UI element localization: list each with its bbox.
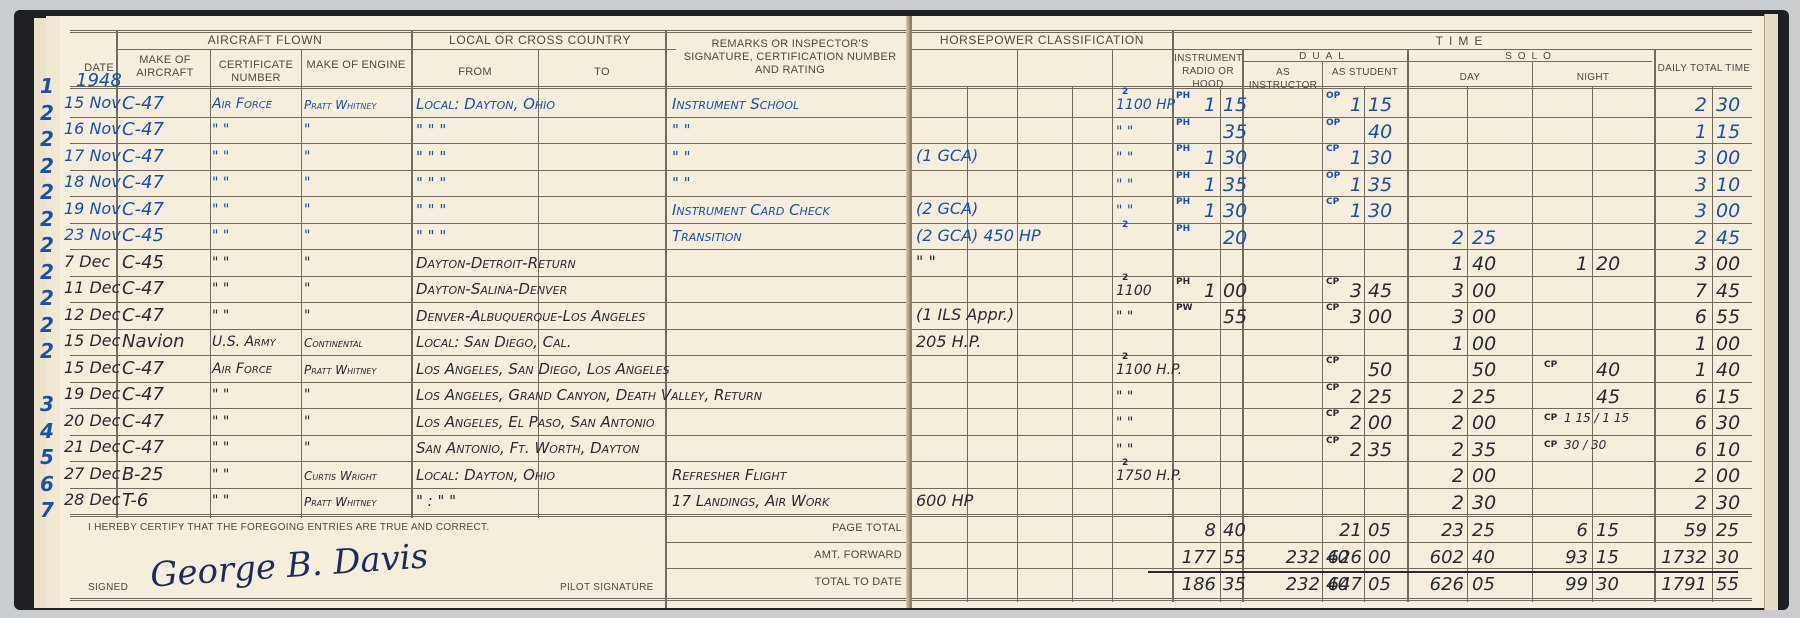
instrument-total-hours: 177: [1174, 549, 1216, 567]
table-row: 21100 HPPH115OP115230: [912, 90, 1764, 117]
total-total-hours: 1732: [1657, 549, 1707, 567]
margin-number: 2: [40, 127, 54, 151]
student-total-minutes: 00: [1368, 549, 1391, 567]
route-cell: Dayton-Salina-Denver: [416, 282, 567, 297]
table-row: " "CP200200CP1 15 / 1 15630: [912, 408, 1764, 435]
student-hours: 1: [1324, 96, 1362, 115]
instrument-total-minutes: 55: [1223, 549, 1246, 567]
margin-number: 5: [40, 445, 54, 469]
subheader-rule: [116, 49, 676, 50]
hp-cell: " ": [1116, 204, 1133, 218]
night-total-minutes: 15: [1596, 549, 1619, 567]
hp-note-cell: 600 HP: [916, 493, 973, 509]
table-row: 19 NovC-47" """ " "Instrument Card Check: [60, 201, 910, 228]
hp-cell: " ": [1116, 151, 1133, 165]
daily-total-minutes: 00: [1716, 202, 1740, 221]
engine-cell: Continental: [304, 337, 363, 349]
hp-cell: 1100 HP: [1116, 98, 1175, 112]
hp-cell: 1750 H.P.: [1116, 469, 1182, 483]
certificate-cell: " ": [212, 494, 229, 508]
header-bottom-rule: [70, 86, 908, 89]
engine-cell: Pratt Whitney: [304, 496, 376, 508]
daily-total-minutes: 00: [1716, 149, 1740, 168]
engine-count: 2: [1122, 353, 1128, 362]
hp-note-cell: (2 GCA): [916, 201, 978, 217]
student-minutes: 00: [1368, 414, 1392, 433]
page-total-label: PAGE TOTAL: [832, 522, 902, 534]
date-cell: 7 Dec: [64, 254, 110, 270]
student-total-minutes: 05: [1368, 576, 1391, 594]
totals-row-page-total: 840210523256155925: [912, 520, 1764, 546]
certificate-cell: " ": [212, 229, 229, 243]
instrument-tag: PW: [1176, 304, 1193, 313]
aircraft-cell: B-25: [122, 466, 163, 484]
certify-statement: I HEREBY CERTIFY THAT THE FOREGOING ENTR…: [88, 522, 489, 533]
day-total-minutes: 05: [1472, 576, 1495, 594]
date-cell: 19 Nov: [64, 201, 121, 217]
header-from: FROM: [415, 66, 535, 79]
engine-cell: Pratt Whitney: [304, 364, 376, 376]
solo-night-hours: 1: [1534, 255, 1588, 274]
instrument-hours: 1: [1174, 176, 1216, 195]
table-row: " "PH35OP40115: [912, 117, 1764, 144]
certificate-cell: " ": [212, 176, 229, 190]
route-cell: " " ": [416, 150, 446, 165]
aircraft-cell: C-47: [122, 121, 164, 139]
certificate-cell: Air Force: [212, 97, 272, 111]
margin-number: 2: [40, 154, 54, 178]
daily-total-minutes: 00: [1716, 467, 1740, 486]
table-row: " "PH135OP135310: [912, 170, 1764, 197]
engine-cell: ": [304, 309, 310, 323]
header-instrument: INSTRUMENT RADIO OR HOOD: [1174, 52, 1242, 91]
date-cell: 23 Nov: [64, 227, 121, 243]
daily-total-hours: 6: [1657, 308, 1707, 327]
engine-count: 2: [1122, 459, 1128, 468]
instrument-total-minutes: 40: [1223, 522, 1246, 540]
engine-cell: Curtis Wright: [304, 470, 377, 482]
instrument-minutes: 55: [1223, 308, 1247, 327]
engine-cell: ": [304, 150, 310, 164]
engine-cell: ": [304, 256, 310, 270]
student-hours: 1: [1324, 149, 1362, 168]
engine-cell: ": [304, 176, 310, 190]
aircraft-cell: C-47: [122, 174, 164, 192]
date-cell: 15 Dec: [64, 360, 120, 376]
table-row: 21100PH100CP345300745: [912, 276, 1764, 303]
remarks-cell: Refresher Flight: [672, 468, 786, 483]
certificate-cell: Air Force: [212, 362, 272, 376]
date-cell: 15 Nov: [64, 95, 121, 111]
instrument-minutes: 00: [1223, 282, 1247, 301]
header-daily-total: DAILY TOTAL TIME: [1656, 62, 1752, 75]
daily-total-minutes: 15: [1716, 388, 1740, 407]
remarks-cell: Transition: [672, 229, 742, 244]
daily-total-hours: 3: [1657, 149, 1707, 168]
instrument-hours: 1: [1174, 282, 1216, 301]
day-total-hours: 626: [1410, 576, 1464, 594]
total-total-minutes: 25: [1716, 522, 1739, 540]
route-cell: Los Angeles, Grand Canyon, Death Valley,…: [416, 388, 762, 403]
solo-day-hours: 3: [1410, 282, 1464, 301]
engine-cell: ": [304, 388, 310, 402]
certificate-cell: " ": [212, 123, 229, 137]
hp-cell: " ": [1116, 390, 1133, 404]
solo-day-minutes: 00: [1472, 335, 1496, 354]
margin-number: 2: [40, 286, 54, 310]
engine-cell: Pratt Whitney: [304, 99, 376, 111]
daily-total-minutes: 40: [1716, 361, 1740, 380]
day-total-minutes: 40: [1472, 549, 1495, 567]
route-cell: Local: San Diego, Cal.: [416, 335, 572, 350]
solo-day-hours: 2: [1410, 388, 1464, 407]
instrument-hours: 1: [1174, 202, 1216, 221]
route-cell: San Antonio, Ft. Worth, Dayton: [416, 441, 640, 456]
margin-number: 7: [40, 498, 54, 522]
certificate-cell: " ": [212, 256, 229, 270]
aircraft-cell: C-47: [122, 439, 164, 457]
table-row: 21750 H.P.200200: [912, 461, 1764, 488]
pilot-signature: George B. Davis: [149, 536, 429, 595]
header-bottom-rule: [912, 86, 1752, 89]
solo-day-hours: 3: [1410, 308, 1464, 327]
daily-total-hours: 3: [1657, 176, 1707, 195]
header-as-student: AS STUDENT: [1324, 66, 1406, 79]
hp-cell: " ": [1116, 178, 1133, 192]
date-cell: 27 Dec: [64, 466, 120, 482]
instrument-minutes: 35: [1223, 176, 1247, 195]
remarks-cell: " ": [672, 123, 691, 138]
footer-rule: [666, 568, 908, 569]
student-total-minutes: 05: [1368, 522, 1391, 540]
aircraft-cell: C-45: [122, 254, 164, 272]
aircraft-cell: C-47: [122, 201, 164, 219]
night-total-minutes: 15: [1596, 522, 1619, 540]
aircraft-cell: C-45: [122, 227, 164, 245]
route-cell: " " ": [416, 123, 446, 138]
solo-day-minutes: 25: [1472, 229, 1496, 248]
student-hours: 1: [1324, 176, 1362, 195]
table-row: 11 DecC-47" ""Dayton-Salina-Denver: [60, 280, 910, 307]
certificate-cell: " ": [212, 441, 229, 455]
date-cell: 28 Dec: [64, 492, 120, 508]
header-horsepower: HORSEPOWER CLASSIFICATION: [912, 34, 1172, 47]
student-hours: 3: [1324, 308, 1362, 327]
date-cell: 17 Nov: [64, 148, 121, 164]
solo-day-minutes: 30: [1472, 494, 1496, 513]
route-cell: Dayton-Detroit-Return: [416, 256, 576, 271]
footer-bottom-rule: [70, 598, 908, 601]
table-row: 15 NovC-47Air ForcePratt WhitneyLocal: D…: [60, 95, 910, 122]
table-row: 21 DecC-47" ""San Antonio, Ft. Worth, Da…: [60, 439, 910, 466]
solo-day-minutes: 35: [1472, 441, 1496, 460]
date-cell: 16 Nov: [64, 121, 121, 137]
route-cell: " " ": [416, 229, 446, 244]
student-hours: 1: [1324, 202, 1362, 221]
margin-number: 2: [40, 260, 54, 284]
header-local-cross-country: LOCAL OR CROSS COUNTRY: [415, 34, 665, 47]
table-row: 21100 H.P.CP5050CP40140: [912, 355, 1764, 382]
margin-number: 2: [40, 101, 54, 125]
signed-label: SIGNED: [88, 582, 128, 593]
certificate-cell: " ": [212, 282, 229, 296]
certificate-cell: " ": [212, 309, 229, 323]
margin-number: 4: [40, 419, 54, 443]
night-tag: CP: [1544, 361, 1557, 370]
solo-day-minutes: 25: [1472, 388, 1496, 407]
route-cell: " " ": [416, 176, 446, 191]
instrument-tag: PH: [1176, 119, 1190, 128]
header-aircraft-flown: AIRCRAFT FLOWN: [120, 34, 410, 47]
page-stack-right: [1764, 14, 1778, 610]
route-cell: Local: Dayton, Ohio: [416, 97, 555, 112]
hp-note-cell: (1 GCA): [916, 148, 978, 164]
daily-total-hours: 7: [1657, 282, 1707, 301]
route-cell: Los Angeles, San Diego, Los Angeles: [416, 362, 670, 377]
aircraft-cell: C-47: [122, 307, 164, 325]
table-row: (1 ILS Appr.)" "PW55CP300300655: [912, 302, 1764, 329]
student-tag: OP: [1326, 119, 1340, 128]
aircraft-cell: C-47: [122, 413, 164, 431]
instructor-total-hours: 232: [1244, 549, 1320, 567]
daily-total-minutes: 10: [1716, 441, 1740, 460]
certificate-cell: " ": [212, 150, 229, 164]
student-total-hours: 647: [1324, 576, 1362, 594]
solo-day-hours: 2: [1410, 441, 1464, 460]
daily-total-hours: 1: [1657, 335, 1707, 354]
instrument-minutes: 30: [1223, 149, 1247, 168]
total-total-minutes: 30: [1716, 549, 1739, 567]
margin-number: 2: [40, 339, 54, 363]
engine-cell: ": [304, 282, 310, 296]
date-cell: 19 Dec: [64, 386, 120, 402]
date-cell: 11 Dec: [64, 280, 120, 296]
table-row: " "140120300: [912, 249, 1764, 276]
date-cell: 18 Nov: [64, 174, 121, 190]
totals-row-total-to-date: 186352324064705626059930179155: [912, 574, 1764, 600]
margin-number: 2: [40, 180, 54, 204]
engine-cell: ": [304, 203, 310, 217]
hp-note-cell: (2 GCA) 450 HP: [916, 228, 1041, 244]
daily-total-hours: 6: [1657, 388, 1707, 407]
header-as-instructor: AS INSTRUCTOR: [1244, 66, 1322, 92]
aircraft-cell: C-47: [122, 95, 164, 113]
student-hours: 3: [1324, 282, 1362, 301]
hp-subrule: [912, 49, 1172, 50]
header-make-of-aircraft: MAKE OF AIRCRAFT: [124, 54, 206, 80]
daily-total-minutes: 15: [1716, 123, 1740, 142]
solo-day-hours: 2: [1410, 467, 1464, 486]
daily-total-hours: 2: [1657, 229, 1707, 248]
daily-total-minutes: 30: [1716, 414, 1740, 433]
daily-total-minutes: 55: [1716, 308, 1740, 327]
solo-night-minutes: 45: [1596, 388, 1620, 407]
aircraft-cell: C-47: [122, 280, 164, 298]
table-row: 12 DecC-47" ""Denver-Albuquerque-Los Ang…: [60, 307, 910, 334]
night-total-minutes: 30: [1596, 576, 1619, 594]
student-minutes: 30: [1368, 149, 1392, 168]
instrument-minutes: 30: [1223, 202, 1247, 221]
table-row: 205 H.P.100100: [912, 329, 1764, 356]
instrument-total-minutes: 35: [1223, 576, 1246, 594]
certificate-cell: " ": [212, 415, 229, 429]
remarks-cell: 17 Landings, Air Work: [672, 494, 829, 509]
left-page: AIRCRAFT FLOWN LOCAL OR CROSS COUNTRY DA…: [60, 16, 910, 608]
solo-night-minutes: 40: [1596, 361, 1620, 380]
student-minutes: 15: [1368, 96, 1392, 115]
date-cell: 15 Dec: [64, 333, 120, 349]
aircraft-cell: T-6: [122, 492, 148, 510]
route-cell: " : " ": [416, 494, 456, 509]
header-to: TO: [541, 66, 663, 79]
night-total-hours: 99: [1534, 576, 1588, 594]
total-total-hours: 1791: [1657, 576, 1707, 594]
table-row: 19 DecC-47" ""Los Angeles, Grand Canyon,…: [60, 386, 910, 413]
engine-cell: ": [304, 229, 310, 243]
day-total-hours: 602: [1410, 549, 1464, 567]
header-solo: SOLO: [1408, 50, 1654, 63]
date-cell: 21 Dec: [64, 439, 120, 455]
hp-cell: 1100: [1116, 284, 1152, 298]
instrument-tag: PH: [1176, 225, 1190, 234]
route-cell: Denver-Albuquerque-Los Angeles: [416, 309, 645, 324]
student-minutes: 00: [1368, 308, 1392, 327]
daily-total-minutes: 00: [1716, 255, 1740, 274]
margin-number: 2: [40, 233, 54, 257]
certificate-cell: " ": [212, 468, 229, 482]
aircraft-cell: C-47: [122, 148, 164, 166]
route-cell: " " ": [416, 203, 446, 218]
solo-day-minutes: 50: [1472, 361, 1496, 380]
margin-number: 1: [40, 74, 54, 98]
instrument-total-hours: 186: [1174, 576, 1216, 594]
table-row: 23 NovC-45" """ " "Transition: [60, 227, 910, 254]
daily-total-hours: 3: [1657, 202, 1707, 221]
margin-number: 2: [40, 207, 54, 231]
student-minutes: 30: [1368, 202, 1392, 221]
solo-day-hours: 1: [1410, 335, 1464, 354]
header-make-of-engine: MAKE OF ENGINE: [304, 59, 408, 72]
instrument-minutes: 35: [1223, 123, 1247, 142]
table-row: 16 NovC-47" """ " "" ": [60, 121, 910, 148]
daily-total-hours: 2: [1657, 96, 1707, 115]
engine-count: 2: [1122, 274, 1128, 283]
route-cell: Local: Dayton, Ohio: [416, 468, 555, 483]
hp-note-cell: 205 H.P.: [916, 334, 981, 350]
student-tag: CP: [1326, 357, 1339, 366]
table-row: 15 DecC-47Air ForcePratt WhitneyLos Ange…: [60, 360, 910, 387]
instrument-total-hours: 8: [1174, 522, 1216, 540]
table-row: " "CP235235CP30 / 30610: [912, 435, 1764, 462]
daily-total-minutes: 30: [1716, 494, 1740, 513]
table-row: (1 GCA)" "PH130CP130300: [912, 143, 1764, 170]
student-minutes: 40: [1368, 123, 1392, 142]
aircraft-cell: C-47: [122, 360, 164, 378]
header-remarks: REMARKS OR INSPECTOR'S SIGNATURE, CERTIF…: [680, 38, 900, 77]
night-tag: CP: [1544, 441, 1557, 450]
daily-total-hours: 1: [1657, 123, 1707, 142]
student-hours: 2: [1324, 414, 1362, 433]
engine-cell: ": [304, 441, 310, 455]
solo-day-hours: 2: [1410, 494, 1464, 513]
day-total-hours: 23: [1410, 522, 1464, 540]
daily-total-hours: 6: [1657, 414, 1707, 433]
footer-rule: [666, 542, 908, 543]
daily-total-hours: 3: [1657, 255, 1707, 274]
route-cell: Los Angeles, El Paso, San Antonio: [416, 415, 655, 430]
hp-cell: " ": [1116, 443, 1133, 457]
daily-total-hours: 1: [1657, 361, 1707, 380]
day-total-minutes: 25: [1472, 522, 1495, 540]
night-total-hours: 93: [1534, 549, 1588, 567]
table-row: (2 GCA)" "PH130CP130300: [912, 196, 1764, 223]
instructor-total-hours: 232: [1244, 576, 1320, 594]
hp-cell: " ": [1116, 125, 1133, 139]
certificate-cell: " ": [212, 388, 229, 402]
margin-number: 6: [40, 472, 54, 496]
daily-total-minutes: 30: [1716, 96, 1740, 115]
header-time: TIME: [1172, 35, 1752, 48]
remarks-cell: " ": [672, 150, 691, 165]
table-row: 17 NovC-47" """ " "" ": [60, 148, 910, 175]
certificate-cell: " ": [212, 203, 229, 217]
student-hours: 2: [1324, 388, 1362, 407]
totals-top-rule: [912, 514, 1752, 517]
total-to-date-label: TOTAL TO DATE: [815, 576, 902, 588]
engine-count: 2: [1122, 88, 1128, 97]
solo-night-cell: 1 15 / 1 15: [1564, 412, 1629, 424]
year-cell: 1948: [76, 72, 122, 90]
hp-cell: 1100 H.P.: [1116, 363, 1182, 377]
header-dual: DUAL: [1242, 50, 1407, 63]
daily-total-hours: 2: [1657, 494, 1707, 513]
right-page: HORSEPOWER CLASSIFICATION TIME INSTRUMEN…: [912, 16, 1764, 608]
remarks-cell: Instrument School: [672, 97, 799, 112]
instrument-minutes: 20: [1223, 229, 1247, 248]
solo-day-minutes: 00: [1472, 282, 1496, 301]
hp-note-cell: (1 ILS Appr.): [916, 307, 1014, 323]
solo-day-minutes: 00: [1472, 467, 1496, 486]
margin-number: 3: [40, 392, 54, 416]
student-minutes: 50: [1368, 361, 1392, 380]
student-minutes: 45: [1368, 282, 1392, 301]
student-total-hours: 626: [1324, 549, 1362, 567]
totals-row-amt-forward: 177552324062600602409315173230: [912, 547, 1764, 573]
engine-cell: ": [304, 123, 310, 137]
header-day: DAY: [1408, 71, 1532, 84]
margin-number: 2: [40, 313, 54, 337]
instrument-hours: 1: [1174, 149, 1216, 168]
daily-total-minutes: 00: [1716, 335, 1740, 354]
table-row: " "CP22522545615: [912, 382, 1764, 409]
solo-day-hours: 1: [1410, 255, 1464, 274]
engine-cell: ": [304, 415, 310, 429]
student-total-hours: 21: [1324, 522, 1362, 540]
remarks-cell: " ": [672, 176, 691, 191]
certificate-cell: U.S. Army: [212, 335, 276, 349]
table-row: 7 DecC-45" ""Dayton-Detroit-Return: [60, 254, 910, 281]
daily-total-hours: 2: [1657, 467, 1707, 486]
night-tag: CP: [1544, 414, 1557, 423]
instrument-minutes: 15: [1223, 96, 1247, 115]
table-row: (2 GCA) 450 HP2PH20225245: [912, 223, 1764, 250]
student-minutes: 35: [1368, 176, 1392, 195]
hp-note-cell: " ": [916, 254, 936, 270]
header-certificate-number: CERTIFICATE NUMBER: [214, 59, 298, 85]
solo-night-cell: 30 / 30: [1564, 439, 1606, 451]
hp-cell: " ": [1116, 416, 1133, 430]
table-row: 18 NovC-47" """ " "" ": [60, 174, 910, 201]
